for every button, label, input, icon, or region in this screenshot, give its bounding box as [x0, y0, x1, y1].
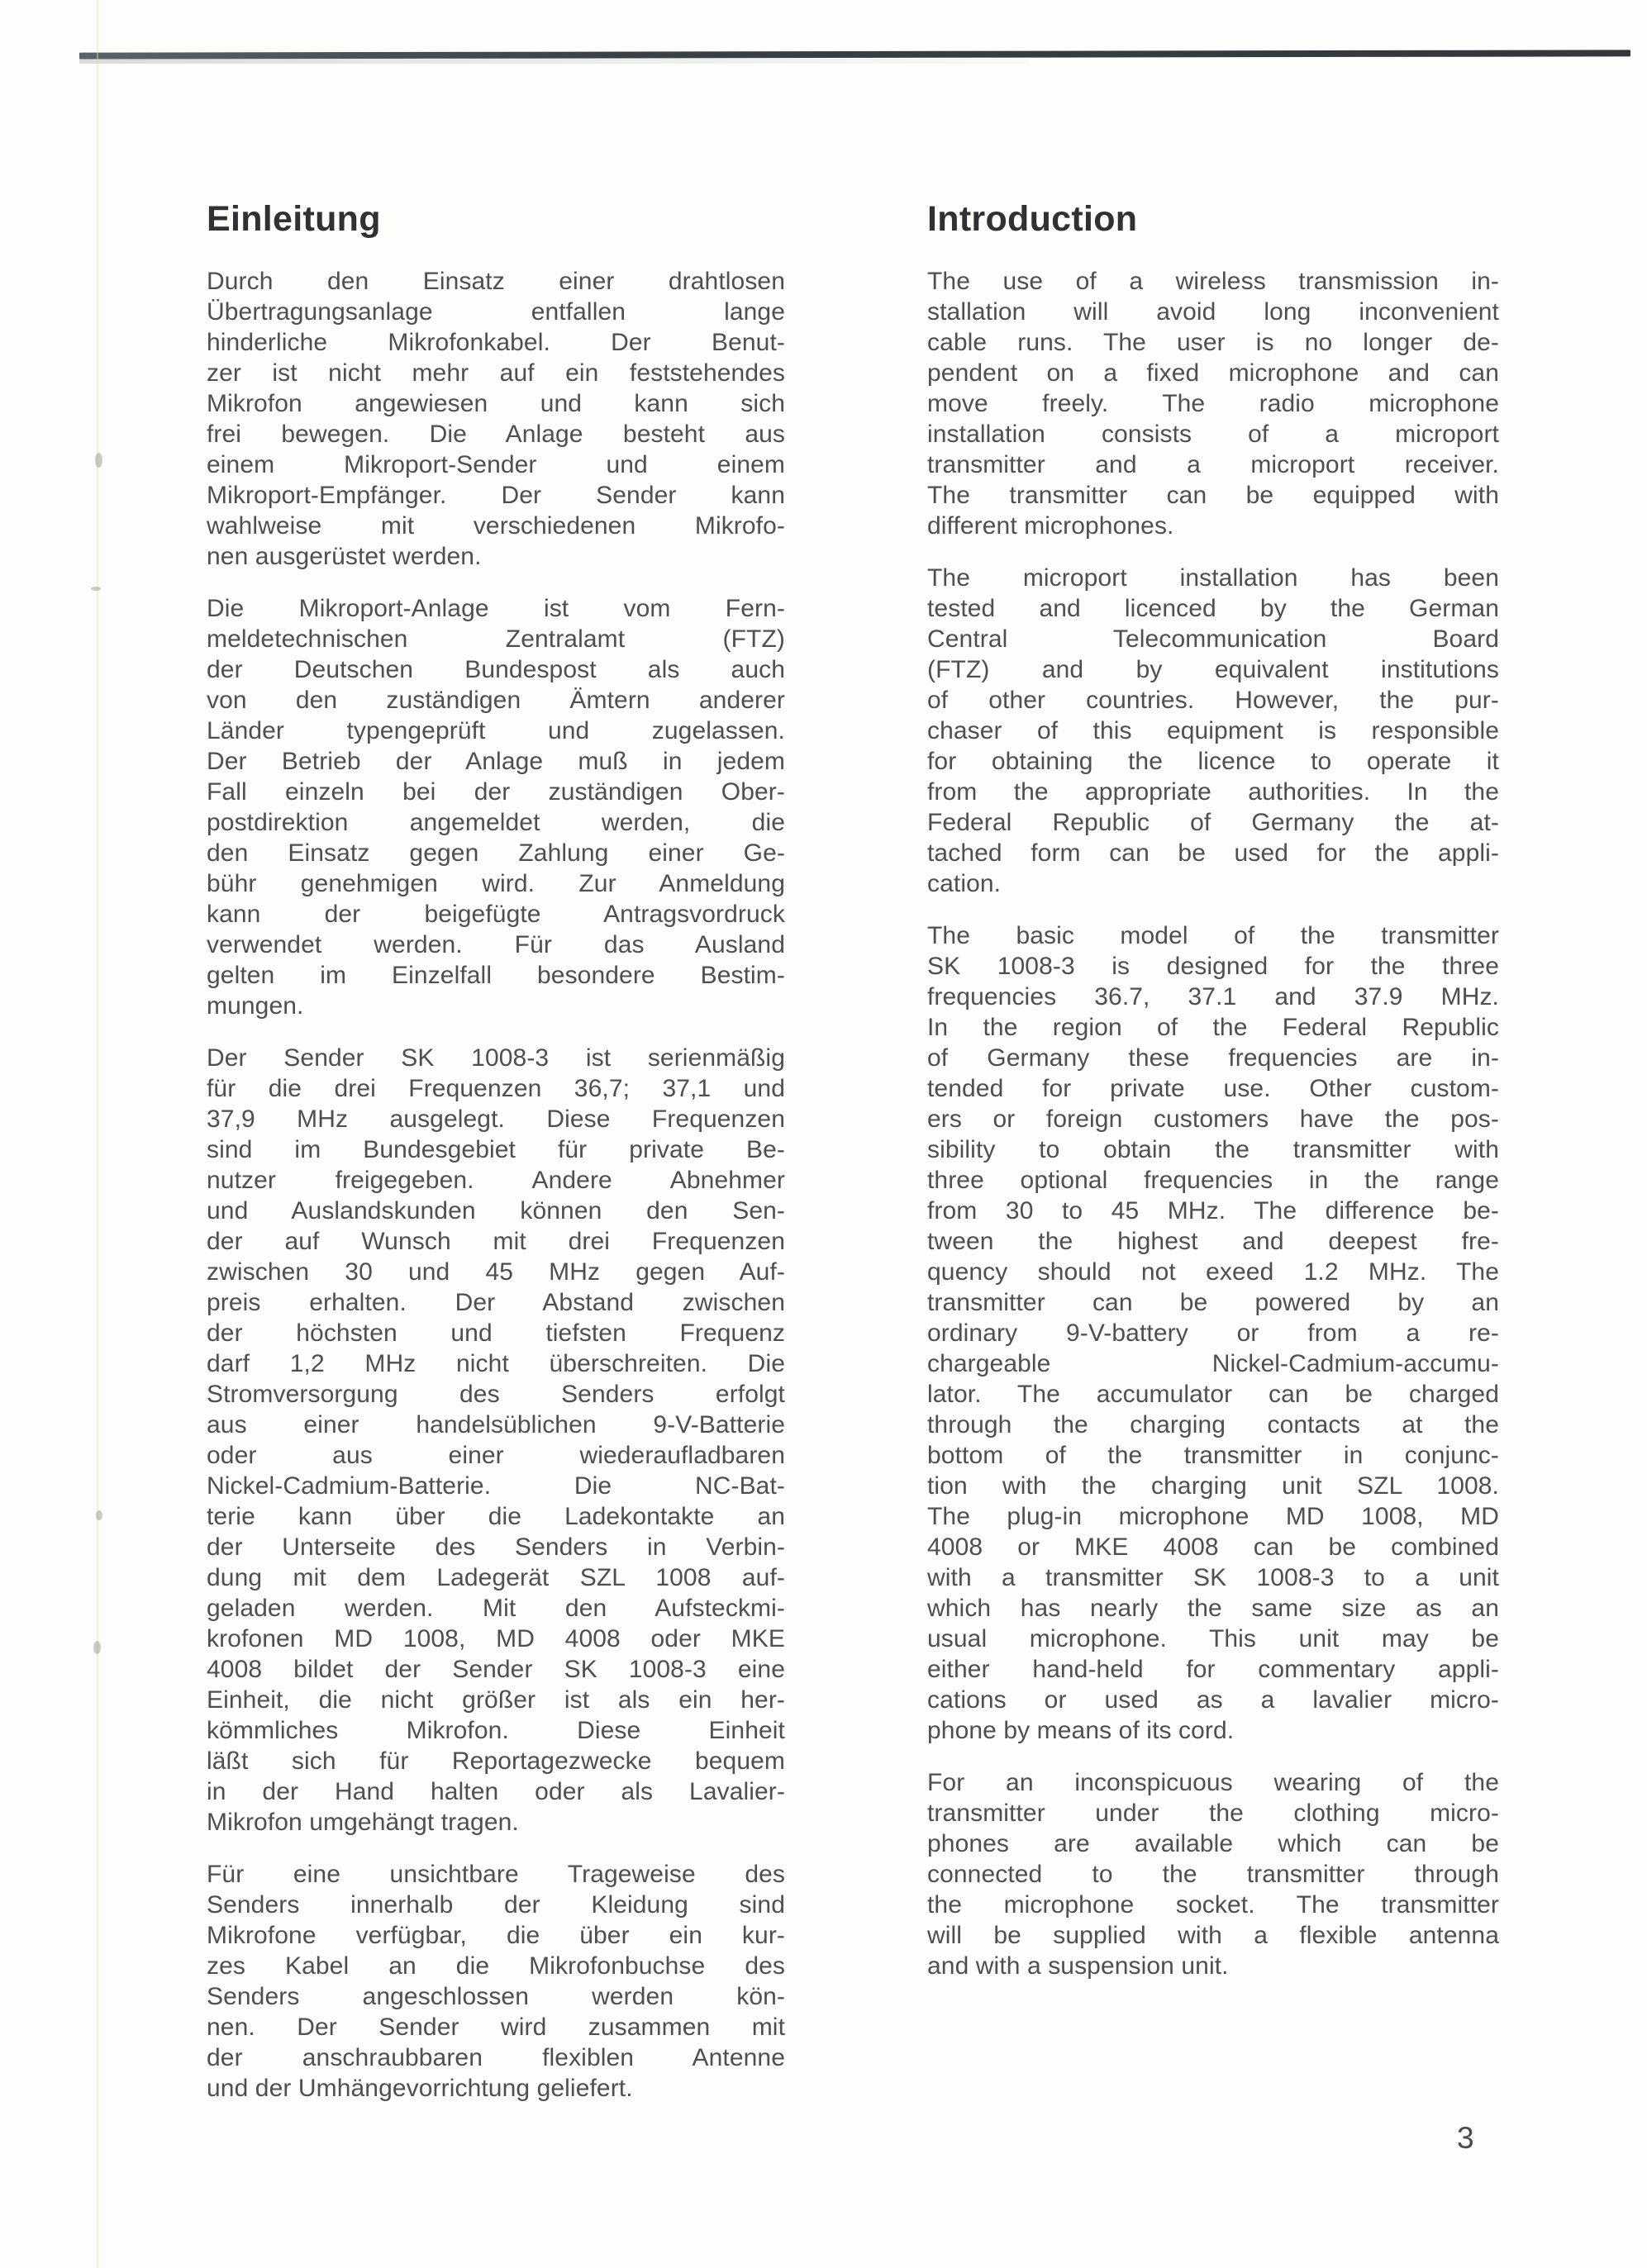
text-line: different microphones.: [927, 511, 1499, 541]
text-line: postdirektion angemeldet werden, die: [207, 807, 785, 838]
paragraph-english-1: The use of a wireless transmission in-st…: [927, 266, 1499, 541]
text-line: den Einsatz gegen Zahlung einer Ge-: [207, 838, 785, 868]
text-line: stallation will avoid long inconvenient: [927, 297, 1499, 327]
text-line: oder aus einer wiederaufladbaren: [207, 1440, 785, 1471]
top-rule-shadow: [79, 59, 1030, 64]
text-line: der Deutschen Bundespost als auch: [207, 654, 785, 685]
text-line: tached form can be used for the appli-: [927, 838, 1499, 868]
paragraph-german-2: Die Mikroport-Anlage ist vom Fern-meldet…: [207, 593, 785, 1021]
text-line: Übertragungsanlage entfallen lange: [207, 297, 785, 327]
text-line: phone by means of its cord.: [927, 1715, 1499, 1746]
text-line: Durch den Einsatz einer drahtlosen: [207, 266, 785, 297]
text-line: The basic model of the transmitter: [927, 920, 1499, 951]
text-line: the microphone socket. The transmitter: [927, 1890, 1499, 1920]
text-line: Federal Republic of Germany the at-: [927, 807, 1499, 838]
text-line: nutzer freigegeben. Andere Abnehmer: [207, 1165, 785, 1196]
text-line: Für eine unsichtbare Trageweise des: [207, 1859, 785, 1890]
text-line: von den zuständigen Ämtern anderer: [207, 685, 785, 716]
text-line: 37,9 MHz ausgelegt. Diese Frequenzen: [207, 1104, 785, 1134]
text-line: zwischen 30 und 45 MHz gegen Auf-: [207, 1257, 785, 1287]
text-line: lator. The accumulator can be charged: [927, 1379, 1499, 1410]
text-line: Senders angeschlossen werden kön-: [207, 1981, 785, 2012]
text-line: sind im Bundesgebiet für private Be-: [207, 1134, 785, 1165]
text-line: for obtaining the licence to operate it: [927, 746, 1499, 777]
text-line: geladen werden. Mit den Aufsteckmi-: [207, 1593, 785, 1624]
text-line: with a transmitter SK 1008-3 to a unit: [927, 1562, 1499, 1593]
text-line: bottom of the transmitter in conjunc-: [927, 1440, 1499, 1471]
text-line: will be supplied with a flexible antenna: [927, 1920, 1499, 1951]
text-line: Mikrofon umgehängt tragen.: [207, 1807, 785, 1838]
manual-page: Einleitung Durch den Einsatz einer draht…: [0, 0, 1647, 2268]
scan-speck: [95, 453, 102, 468]
text-line: cation.: [927, 868, 1499, 899]
text-line: move freely. The radio microphone: [927, 388, 1499, 419]
text-line: Mikroport-Empfänger. Der Sender kann: [207, 480, 785, 511]
heading-english: Introduction: [927, 201, 1499, 238]
text-line: in der Hand halten oder als Lavalier-: [207, 1776, 785, 1807]
text-line: und der Umhängevorrichtung geliefert.: [207, 2073, 785, 2104]
scan-speck: [96, 1510, 102, 1520]
text-line: through the charging contacts at the: [927, 1410, 1499, 1440]
text-line: Nickel-Cadmium-Batterie. Die NC-Bat-: [207, 1471, 785, 1501]
text-line: of other countries. However, the pur-: [927, 685, 1499, 716]
text-line: connected to the transmitter through: [927, 1859, 1499, 1890]
text-line: The transmitter can be equipped with: [927, 480, 1499, 511]
text-line: zer ist nicht mehr auf ein feststehendes: [207, 358, 785, 388]
text-line: mungen.: [207, 991, 785, 1021]
text-line: der Unterseite des Senders in Verbin-: [207, 1532, 785, 1562]
text-line: transmitter and a microport receiver.: [927, 449, 1499, 480]
text-line: Der Betrieb der Anlage muß in jedem: [207, 746, 785, 777]
text-line: either hand-held for commentary appli-: [927, 1654, 1499, 1685]
text-line: hinderliche Mikrofonkabel. Der Benut-: [207, 327, 785, 358]
text-line: SK 1008-3 is designed for the three: [927, 951, 1499, 982]
text-line: from the appropriate authorities. In the: [927, 777, 1499, 807]
text-line: Fall einzeln bei der zuständigen Ober-: [207, 777, 785, 807]
text-line: Central Telecommunication Board: [927, 624, 1499, 654]
text-line: und Auslandskunden können den Sen-: [207, 1196, 785, 1226]
text-line: dung mit dem Ladegerät SZL 1008 auf-: [207, 1562, 785, 1593]
text-line: three optional frequencies in the range: [927, 1165, 1499, 1196]
text-line: chaser of this equipment is responsible: [927, 716, 1499, 746]
scan-speck: [93, 1641, 101, 1654]
text-line: usual microphone. This unit may be: [927, 1624, 1499, 1654]
text-line: cations or used as a lavalier micro-: [927, 1685, 1499, 1715]
text-line: For an inconspicuous wearing of the: [927, 1767, 1499, 1798]
text-line: Mikrofon angewiesen und kann sich: [207, 388, 785, 419]
text-line: phones are available which can be: [927, 1828, 1499, 1859]
text-line: transmitter can be powered by an: [927, 1287, 1499, 1318]
text-line: Stromversorgung des Senders erfolgt: [207, 1379, 785, 1410]
text-line: preis erhalten. Der Abstand zwischen: [207, 1287, 785, 1318]
text-line: 4008 or MKE 4008 can be combined: [927, 1532, 1499, 1562]
text-line: The plug-in microphone MD 1008, MD: [927, 1501, 1499, 1532]
text-line: bühr genehmigen wird. Zur Anmeldung: [207, 868, 785, 899]
page-number: 3: [1457, 2122, 1474, 2155]
text-line: The use of a wireless transmission in-: [927, 266, 1499, 297]
paragraph-german-1: Durch den Einsatz einer drahtlosenÜbertr…: [207, 266, 785, 572]
text-line: tween the highest and deepest fre-: [927, 1226, 1499, 1257]
text-line: darf 1,2 MHz nicht überschreiten. Die: [207, 1348, 785, 1379]
text-line: of Germany these frequencies are in-: [927, 1043, 1499, 1073]
text-line: 4008 bildet der Sender SK 1008-3 eine: [207, 1654, 785, 1685]
column-english: Introduction The use of a wireless trans…: [927, 201, 1499, 1981]
text-line: zes Kabel an die Mikrofonbuchse des: [207, 1951, 785, 1981]
text-line: frei bewegen. Die Anlage besteht aus: [207, 419, 785, 449]
text-line: Die Mikroport-Anlage ist vom Fern-: [207, 593, 785, 624]
paragraph-english-4: For an inconspicuous wearing of thetrans…: [927, 1767, 1499, 1981]
text-line: der anschraubbaren flexiblen Antenne: [207, 2042, 785, 2073]
text-line: cable runs. The user is no longer de-: [927, 327, 1499, 358]
heading-german: Einleitung: [207, 201, 785, 238]
text-line: from 30 to 45 MHz. The difference be-: [927, 1196, 1499, 1226]
page-fold-artifact: [97, 0, 98, 2268]
text-line: aus einer handelsüblichen 9-V-Batterie: [207, 1410, 785, 1440]
text-line: which has nearly the same size as an: [927, 1593, 1499, 1624]
text-line: installation consists of a microport: [927, 419, 1499, 449]
text-line: Länder typengeprüft und zugelassen.: [207, 716, 785, 746]
text-line: frequencies 36.7, 37.1 and 37.9 MHz.: [927, 982, 1499, 1012]
text-line: läßt sich für Reportagezwecke bequem: [207, 1746, 785, 1776]
text-line: In the region of the Federal Republic: [927, 1012, 1499, 1043]
text-line: Senders innerhalb der Kleidung sind: [207, 1890, 785, 1920]
text-line: tion with the charging unit SZL 1008.: [927, 1471, 1499, 1501]
text-line: Einheit, die nicht größer ist als ein he…: [207, 1685, 785, 1715]
text-line: der höchsten und tiefsten Frequenz: [207, 1318, 785, 1348]
text-line: ordinary 9-V-battery or from a re-: [927, 1318, 1499, 1348]
text-line: chargeable Nickel-Cadmium-accumu-: [927, 1348, 1499, 1379]
text-line: quency should not exeed 1.2 MHz. The: [927, 1257, 1499, 1287]
paragraph-english-3: The basic model of the transmitterSK 100…: [927, 920, 1499, 1746]
text-line: krofonen MD 1008, MD 4008 oder MKE: [207, 1624, 785, 1654]
text-line: tended for private use. Other custom-: [927, 1073, 1499, 1104]
text-line: tested and licenced by the German: [927, 593, 1499, 624]
text-line: wahlweise mit verschiedenen Mikrofo-: [207, 511, 785, 541]
text-line: nen. Der Sender wird zusammen mit: [207, 2012, 785, 2042]
column-german: Einleitung Durch den Einsatz einer draht…: [207, 201, 785, 2104]
text-line: meldetechnischen Zentralamt (FTZ): [207, 624, 785, 654]
text-line: Der Sender SK 1008-3 ist serienmäßig: [207, 1043, 785, 1073]
text-line: verwendet werden. Für das Ausland: [207, 930, 785, 960]
text-line: nen ausgerüstet werden.: [207, 541, 785, 572]
text-line: and with a suspension unit.: [927, 1951, 1499, 1981]
text-line: einem Mikroport-Sender und einem: [207, 449, 785, 480]
top-rule: [79, 50, 1630, 59]
paragraph-german-4: Für eine unsichtbare Trageweise desSende…: [207, 1859, 785, 2104]
text-line: sibility to obtain the transmitter with: [927, 1134, 1499, 1165]
text-line: Mikrofone verfügbar, die über ein kur-: [207, 1920, 785, 1951]
scan-speck: [91, 587, 101, 591]
text-line: terie kann über die Ladekontakte an: [207, 1501, 785, 1532]
text-line: kann der beigefügte Antragsvordruck: [207, 899, 785, 930]
paragraph-german-3: Der Sender SK 1008-3 ist serienmäßigfür …: [207, 1043, 785, 1838]
text-line: der auf Wunsch mit drei Frequenzen: [207, 1226, 785, 1257]
text-line: transmitter under the clothing micro-: [927, 1798, 1499, 1828]
text-line: ers or foreign customers have the pos-: [927, 1104, 1499, 1134]
text-line: kömmliches Mikrofon. Diese Einheit: [207, 1715, 785, 1746]
paragraph-english-2: The microport installation has beenteste…: [927, 563, 1499, 899]
text-line: pendent on a fixed microphone and can: [927, 358, 1499, 388]
text-line: gelten im Einzelfall besondere Bestim-: [207, 960, 785, 991]
text-line: für die drei Frequenzen 36,7; 37,1 und: [207, 1073, 785, 1104]
text-line: (FTZ) and by equivalent institutions: [927, 654, 1499, 685]
text-line: The microport installation has been: [927, 563, 1499, 593]
